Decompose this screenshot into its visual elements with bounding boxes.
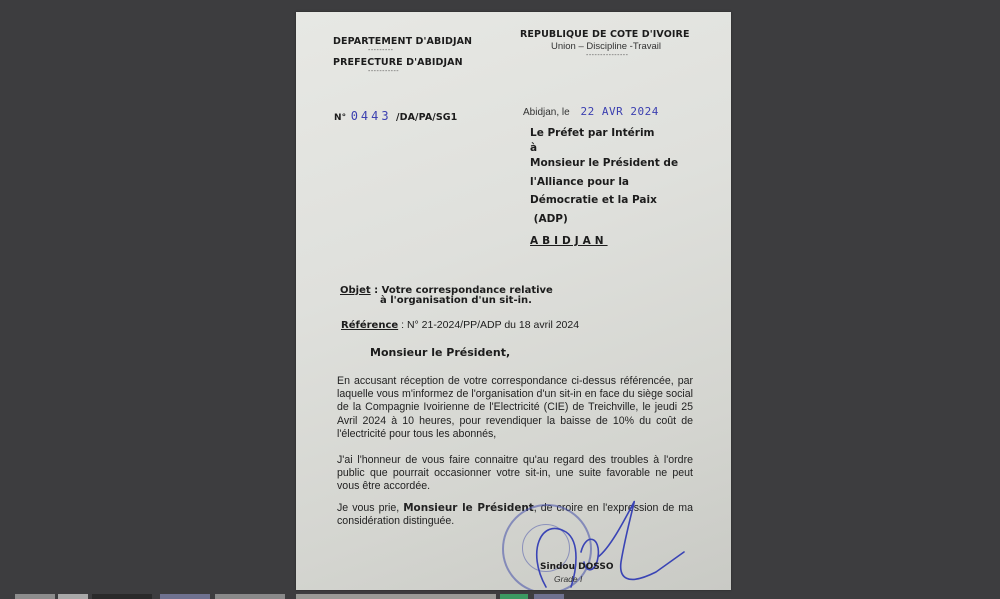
reference-line: Référence : N° 21-2024/PP/ADP du 18 avri… xyxy=(341,315,579,333)
thumbnail[interactable] xyxy=(58,594,88,599)
image-viewer: DEPARTEMENT D'ABIDJAN --------- PREFECTU… xyxy=(0,0,1000,599)
subject-text-continued: à l'organisation d'un sit-in. xyxy=(380,295,532,306)
letter-number: N° 0443 /DA/PA/SG1 xyxy=(334,107,457,125)
place-date: Abidjan, le 22 AVR 2024 xyxy=(523,105,659,118)
recipient-city: ABIDJAN xyxy=(530,235,608,247)
national-motto: Union – Discipline -Travail xyxy=(551,41,661,52)
country-heading: REPUBLIQUE DE COTE D'IVOIRE xyxy=(520,29,690,40)
header-separator: --------- xyxy=(368,47,393,54)
prefecture-heading: PREFECTURE D'ABIDJAN xyxy=(333,57,463,68)
salutation: Monsieur le Président, xyxy=(370,346,510,359)
header-separator: --------------- xyxy=(586,52,628,59)
thumbnail[interactable] xyxy=(92,594,152,599)
thumbnail[interactable] xyxy=(215,594,285,599)
thumbnail[interactable] xyxy=(534,594,564,599)
stamped-number: 0443 xyxy=(351,109,392,123)
thumbnail[interactable] xyxy=(500,594,528,599)
subject-label: Objet xyxy=(340,285,371,296)
thumbnail-strip xyxy=(0,594,1000,599)
handwritten-signature xyxy=(486,492,686,590)
body-paragraph: En accusant réception de votre correspon… xyxy=(337,375,693,441)
thumbnail[interactable] xyxy=(160,594,210,599)
signatory-grade: Grade I xyxy=(554,574,582,584)
reference-label: Référence xyxy=(341,320,398,331)
recipient-line: Démocratie et la Paix xyxy=(530,191,678,210)
department-heading: DEPARTEMENT D'ABIDJAN xyxy=(333,36,472,47)
recipient-line: (ADP) xyxy=(530,210,678,229)
recipient-line: l'Alliance pour la xyxy=(530,173,678,192)
thumbnail[interactable] xyxy=(15,594,55,599)
thumbnail[interactable] xyxy=(296,594,496,599)
recipient-block: Monsieur le Président de l'Alliance pour… xyxy=(530,154,678,228)
sender: Le Préfet par Intérim xyxy=(530,124,655,143)
signatory-name: Sindou DOSSO xyxy=(540,562,613,572)
header-separator: ----------- xyxy=(368,68,399,75)
body-paragraph: J'ai l'honneur de vous faire connaitre q… xyxy=(337,454,693,494)
recipient-line: Monsieur le Président de xyxy=(530,154,678,173)
stamped-date: 22 AVR 2024 xyxy=(580,105,658,118)
reference-value: N° 21-2024/PP/ADP du 18 avril 2024 xyxy=(407,319,579,331)
letter-page: DEPARTEMENT D'ABIDJAN --------- PREFECTU… xyxy=(296,12,731,590)
